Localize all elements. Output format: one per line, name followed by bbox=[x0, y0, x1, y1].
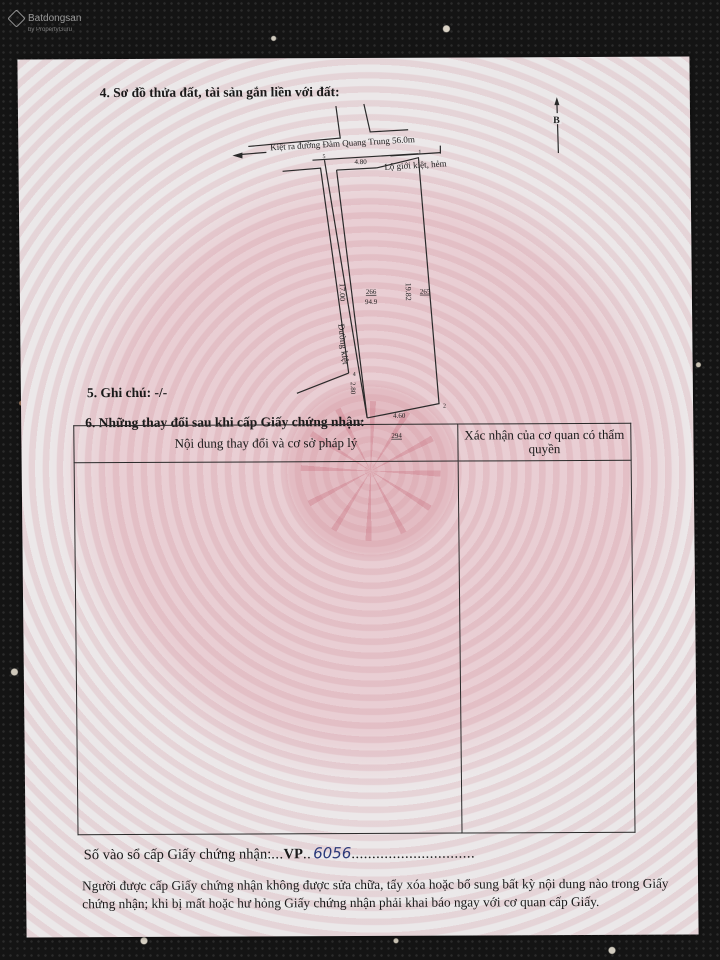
neighbor-parcel-265: 265 bbox=[420, 288, 431, 296]
boundary-label: Lộ giới kiệt, hẻm bbox=[384, 158, 447, 172]
table-row bbox=[74, 460, 635, 834]
table-header-row: Nội dung thay đổi và cơ sở pháp lý Xác n… bbox=[74, 423, 631, 462]
road-label: Kiệt ra đường Đàm Quang Trung 56.0m bbox=[270, 134, 415, 152]
north-arrow-icon: B bbox=[550, 97, 565, 153]
svg-text:B: B bbox=[553, 115, 560, 126]
registration-number: 6056 bbox=[313, 844, 351, 862]
svg-text:1: 1 bbox=[418, 150, 421, 156]
right-edge-length: 19.82 bbox=[404, 283, 413, 301]
svg-text:4.80: 4.80 bbox=[354, 158, 367, 166]
svg-text:2: 2 bbox=[443, 404, 446, 410]
parcel-area: 94.9 bbox=[365, 298, 378, 306]
parcel-number: 266 bbox=[366, 288, 377, 296]
short-edge-length: 2.80 bbox=[349, 382, 357, 395]
changes-table: Nội dung thay đổi và cơ sở pháp lý Xác n… bbox=[73, 423, 635, 835]
land-certificate-page: 4. Sơ đồ thửa đất, tài sản gắn liền với … bbox=[17, 57, 698, 938]
alley-label: Đường kiệt bbox=[336, 323, 351, 365]
svg-text:5: 5 bbox=[322, 154, 325, 160]
registration-number-line: Số vào sổ cấp Giấy chứng nhận:...VP..605… bbox=[84, 844, 476, 865]
house-logo-icon bbox=[7, 9, 25, 27]
changes-cell bbox=[74, 461, 462, 835]
watermark: Batdongsan by PropertyGuru bbox=[10, 12, 81, 35]
section-5-notes: 5. Ghi chú: -/- bbox=[87, 385, 167, 401]
svg-text:4: 4 bbox=[353, 372, 356, 378]
parcel-diagram: Kiệt ra đường Đàm Quang Trung 56.0m Lộ g… bbox=[218, 97, 581, 399]
registration-prefix: VP bbox=[283, 846, 303, 862]
footer-note: Người được cấp Giấy chứng nhận không đượ… bbox=[82, 875, 682, 914]
left-edge-length: 17.00 bbox=[338, 283, 347, 301]
column-header-changes: Nội dung thay đổi và cơ sở pháp lý bbox=[74, 424, 458, 463]
column-header-confirmation: Xác nhận của cơ quan có thẩm quyền bbox=[458, 423, 631, 461]
confirmation-cell bbox=[458, 460, 635, 833]
bottom-edge-length: 4.60 bbox=[393, 412, 406, 420]
